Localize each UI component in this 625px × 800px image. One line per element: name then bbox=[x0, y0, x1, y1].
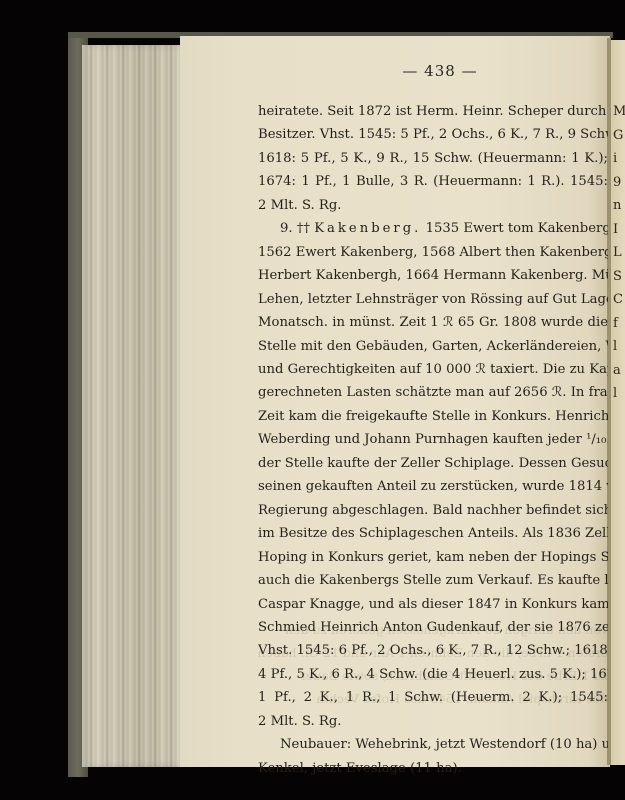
text-line: Zeit kam die freigekaufte Stelle in Konk… bbox=[258, 405, 608, 428]
text-line: der Stelle kaufte der Zeller Schiplage. … bbox=[258, 452, 608, 475]
show-through-line: des Kirchspiel Ankum. 1545 des Hofes Vec… bbox=[258, 687, 608, 710]
entry-number: 9. bbox=[280, 221, 293, 236]
text-line: seinen gekauften Anteil zu zerstücken, w… bbox=[258, 475, 608, 498]
text-line: Herbert Kakenbergh, 1664 Hermann Kakenbe… bbox=[258, 264, 608, 287]
entry-heading-line: 9. †† Kakenberg. 1535 Ewert tom Kakenber… bbox=[258, 217, 608, 240]
text-line: gerechneten Lasten schätzte man auf 2656… bbox=[258, 381, 608, 404]
text-line: 1674: 1 Pf., 1 Bulle, 3 R. (Heuermann: 1… bbox=[258, 170, 608, 193]
text-line: 1618: 5 Pf., 5 K., 9 R., 15 Schw. (Heuer… bbox=[258, 147, 608, 170]
reverse-side-show-through: von den übrigen 20 Markgenossen gehören … bbox=[258, 618, 608, 710]
scanned-book-spread: M G i 9 n I L S C f l a l — 438 — heirat… bbox=[0, 0, 625, 800]
page-number: — 438 — bbox=[380, 62, 500, 80]
text-line: Caspar Knagge, und als dieser 1847 in Ko… bbox=[258, 593, 608, 616]
show-through-line: von den übrigen 20 Markgenossen gehören … bbox=[258, 618, 608, 641]
text-line: 2 Mlt. S. Rg. bbox=[258, 710, 608, 733]
show-through-line: ersten 1 Erbe, die den Zehnten 1 Ahr und… bbox=[258, 641, 608, 664]
entry-marker: †† bbox=[297, 221, 310, 236]
text-line: und Gerechtigkeiten auf 10 000 ℛ taxiert… bbox=[258, 358, 608, 381]
stacked-page-edges bbox=[82, 45, 182, 767]
entry-first-line-text: 1535 Ewert tom Kakenberg, bbox=[426, 221, 608, 236]
text-line: 2 Mlt. S. Rg. bbox=[258, 194, 608, 217]
text-line: auch die Kakenbergs Stelle zum Verkauf. … bbox=[258, 569, 608, 592]
text-line: Besitzer. Vhst. 1545: 5 Pf., 2 Ochs., 6 … bbox=[258, 123, 608, 146]
facing-page-text: M G i 9 n I L S C f l a l bbox=[613, 100, 625, 406]
text-line: im Besitze des Schiplageschen Anteils. A… bbox=[258, 522, 608, 545]
text-line: Stelle mit den Gebäuden, Garten, Ackerlä… bbox=[258, 335, 608, 358]
text-line: Neubauer: Wehebrink, jetzt Westendorf (1… bbox=[258, 733, 608, 756]
text-line: Kenkel, jetzt Eveslage (11 ha). bbox=[258, 757, 608, 780]
text-line: Hoping in Konkurs geriet, kam neben der … bbox=[258, 546, 608, 569]
text-line: Regierung abgeschlagen. Bald nachher bef… bbox=[258, 499, 608, 522]
entry-heading: Kakenberg. bbox=[314, 221, 421, 236]
text-line: Lehen, letzter Lehnsträger von Rössing a… bbox=[258, 288, 608, 311]
text-line: 1562 Ewert Kakenberg, 1568 Albert then K… bbox=[258, 241, 608, 264]
text-line: Weberding und Johann Purnhagen kauften j… bbox=[258, 428, 608, 451]
text-line: Monatsch. in münst. Zeit 1 ℛ 65 Gr. 1808… bbox=[258, 311, 608, 334]
facing-page-edge: M G i 9 n I L S C f l a l bbox=[611, 40, 625, 765]
show-through-line: zu 1 Erbe des Hochstift Osnabrück, sowie… bbox=[258, 664, 608, 687]
text-line: heiratete. Seit 1872 ist Herm. Heinr. Sc… bbox=[258, 100, 608, 123]
